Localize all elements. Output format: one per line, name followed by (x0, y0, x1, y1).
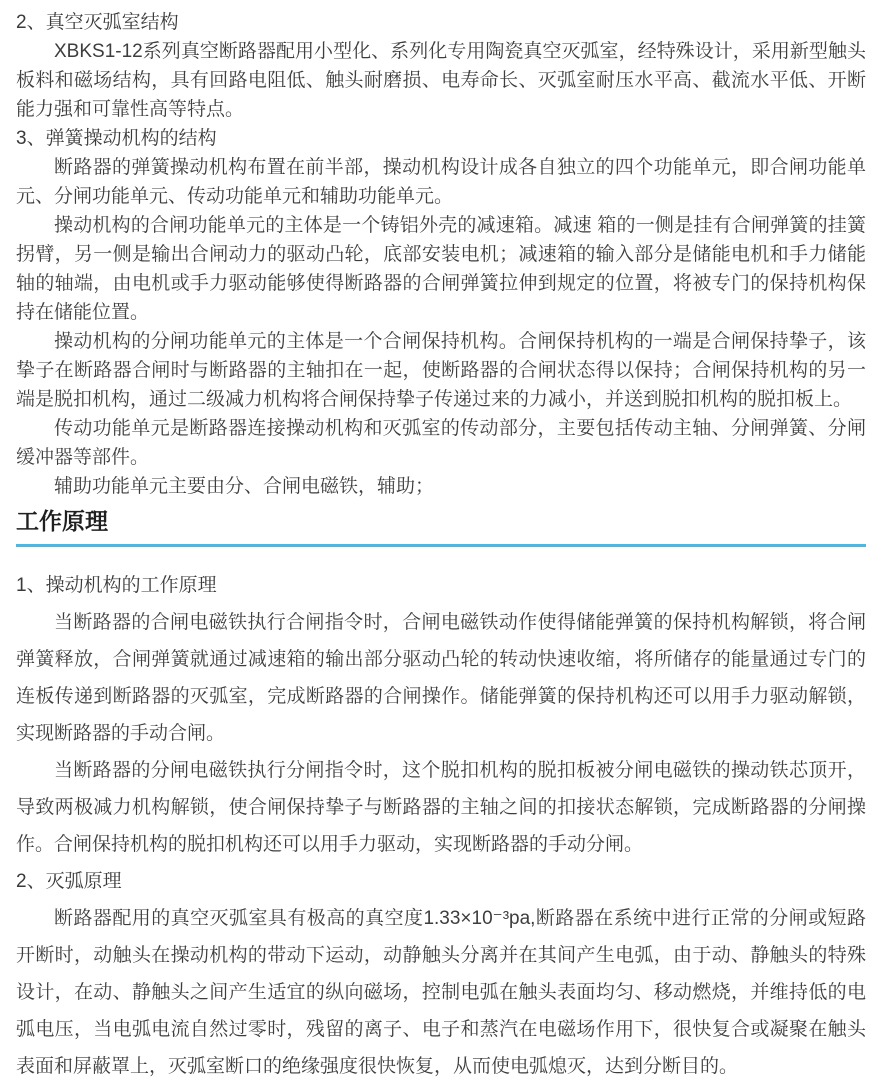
paragraph-opening-function-unit: 操动机构的分闸功能单元的主体是一个合闸保持机构。合闸保持机构的一端是合闸保持挚子… (16, 327, 866, 414)
numbered-heading-vacuum-chamber-structure: 2、真空灭弧室结构 (16, 8, 866, 37)
numbered-heading-arc-extinguishing-principle: 2、灭弧原理 (16, 863, 866, 900)
section-structure: 2、真空灭弧室结构 XBKS1-12系列真空断路器配用小型化、系列化专用陶瓷真空… (16, 8, 866, 501)
paragraph-opening-operation: 当断路器的分闸电磁铁执行分闸指令时，这个脱扣机构的脱扣板被分闸电磁铁的操动铁芯顶… (16, 752, 866, 863)
paragraph-transmission-function-unit: 传动功能单元是断路器连接操动机构和灭弧室的传动部分，主要包括传动主轴、分闸弹簧、… (16, 414, 866, 472)
paragraph-arc-extinguishing: 断路器配用的真空灭弧室具有极高的真空度1.33×10⁻³pa,断路器在系统中进行… (16, 900, 866, 1085)
section-working-principle: 1、操动机构的工作原理 当断路器的合闸电磁铁执行合闸指令时，合闸电磁铁动作使得储… (16, 567, 866, 1085)
paragraph-closing-operation: 当断路器的合闸电磁铁执行合闸指令时，合闸电磁铁动作使得储能弹簧的保持机构解锁，将… (16, 604, 866, 752)
paragraph-closing-function-unit: 操动机构的合闸功能单元的主体是一个铸铝外壳的减速箱。减速 箱的一侧是挂有合闸弹簧… (16, 211, 866, 327)
document-page: 2、真空灭弧室结构 XBKS1-12系列真空断路器配用小型化、系列化专用陶瓷真空… (0, 0, 882, 1085)
section-title-working-principle: 工作原理 (16, 507, 866, 547)
paragraph-auxiliary-function-unit: 辅助功能单元主要由分、合闸电磁铁，辅助； (16, 472, 866, 501)
paragraph-mechanism-layout: 断路器的弹簧操动机构布置在前半部，操动机构设计成各自独立的四个功能单元，即合闸功… (16, 153, 866, 211)
paragraph-xbks1-features: XBKS1-12系列真空断路器配用小型化、系列化专用陶瓷真空灭弧室，经特殊设计，… (16, 37, 866, 124)
numbered-heading-mechanism-working-principle: 1、操动机构的工作原理 (16, 567, 866, 604)
numbered-heading-spring-mechanism-structure: 3、弹簧操动机构的结构 (16, 124, 866, 153)
